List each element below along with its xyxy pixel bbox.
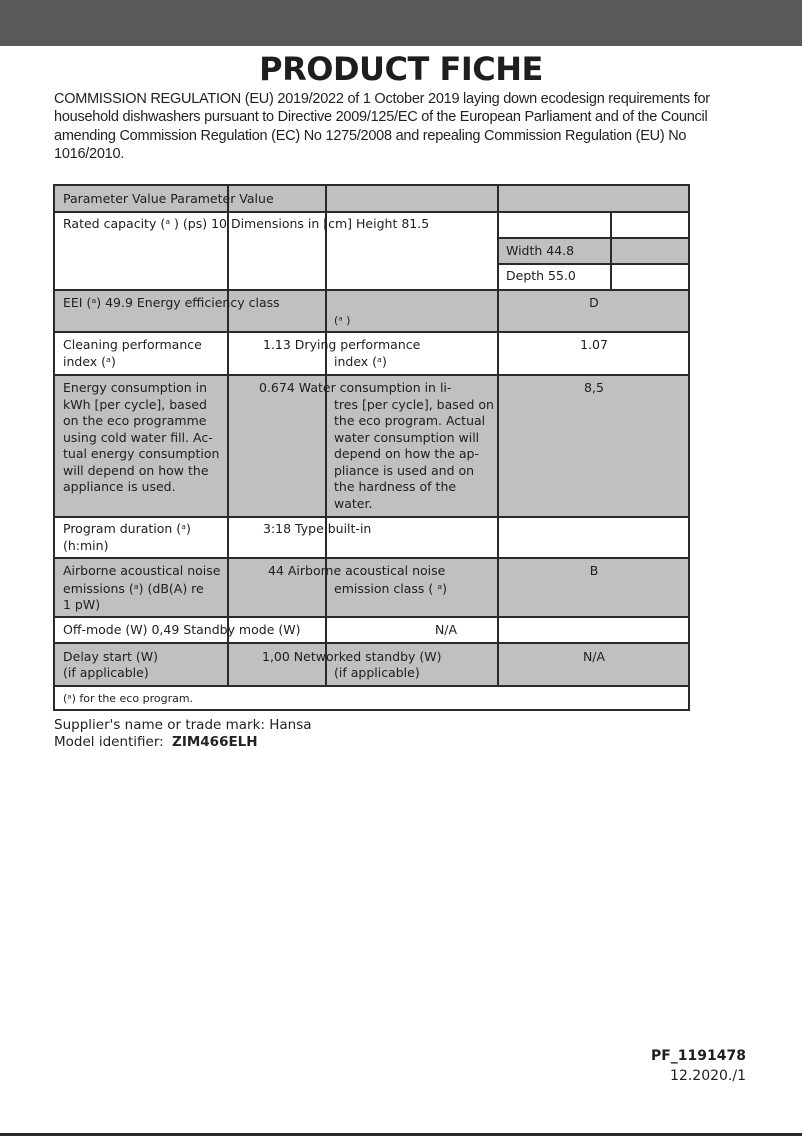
duration-label-2: (h:min) [63,538,108,555]
table-header: Parameter Value Parameter Value [63,191,274,208]
model-value: ZIM466ELH [172,734,258,750]
water-label-line: depend on how the ap- [334,446,479,463]
energy-label-line: using cold water fill. Ac- [63,430,213,447]
eei-footnote-mark: (ᵃ ) [334,313,350,330]
standby-value: N/A [326,622,566,639]
noise-label-line: emissions (ᵃ) (dB(A) re [63,581,204,598]
noise-label-line: Airborne acoustical noise [63,563,220,580]
row-divider [54,516,690,518]
row-divider [54,557,690,559]
width-text: Width 44.8 [506,243,574,260]
document-date: 12.2020./1 [670,1068,746,1084]
regulation-intro: COMMISSION REGULATION (EU) 2019/2022 of … [54,90,754,163]
energy-class-value: D [498,295,690,312]
energy-label-line: will depend on how the [63,463,209,480]
energy-label-line: on the eco programme [63,413,206,430]
table-border-bottom [54,709,690,711]
water-value: 8,5 [498,380,690,397]
row-divider [54,289,690,291]
drying-value: 1.07 [498,337,690,354]
row-divider [54,331,690,333]
water-label-line: water consumption will [334,430,479,447]
table-border-right [688,184,690,711]
top-banner [0,0,802,46]
delay-label-2: (if applicable) [63,665,149,682]
energy-value: 0.674 Water consumption in li- [259,380,451,397]
supplier-name: Supplier's name or trade mark: Hansa [54,717,312,734]
water-label-line: tres [per cycle], based on [334,397,494,414]
delay-value: 1,00 Networked standby (W) [262,649,442,666]
table-border-left [53,184,55,711]
networked-value: N/A [498,649,690,666]
offmode-text: Off-mode (W) 0,49 Standby mode (W) [63,622,300,639]
row-divider [54,685,690,687]
document-code: PF_1191478 [651,1048,746,1064]
eei-text: EEI (ᵃ) 49.9 Energy efficiency class [63,295,280,312]
water-label-line: the hardness of the [334,479,456,496]
row-divider [54,642,690,644]
water-label-line: the eco program. Actual [334,413,485,430]
column-divider [497,184,499,686]
delay-label: Delay start (W) [63,649,158,666]
energy-label-line: appliance is used. [63,479,176,496]
column-divider [325,184,327,686]
row-divider [54,211,690,213]
cleaning-label-2: index (ᵃ) [63,354,116,371]
page-title: PRODUCT FICHE [0,50,802,88]
column-divider [227,184,229,686]
cleaning-value: 1.13 Drying performance [263,337,420,354]
row-divider [498,237,690,239]
noise-value: 44 Airborne acoustical noise [268,563,445,580]
table-border-top [54,184,690,186]
row-divider [54,374,690,376]
duration-value: 3:18 Type built-in [263,521,371,538]
noise-label-line: 1 pW) [63,597,100,614]
row-divider [498,263,690,265]
water-label-line: water. [334,496,372,513]
supplier-info: Supplier's name or trade mark: Hansa Mod… [54,717,312,751]
depth-text: Depth 55.0 [506,268,576,285]
drying-label-2: index (ᵃ) [334,354,387,371]
water-label-line: pliance is used and on [334,463,474,480]
model-identifier: Model identifier: ZIM466ELH [54,734,312,751]
duration-label: Program duration (ᵃ) [63,521,191,538]
networked-label-2: (if applicable) [334,665,420,682]
model-label: Model identifier: [54,734,164,750]
noise-class-value: B [498,563,690,580]
noise-class-label: emission class ( ᵃ) [334,581,447,598]
energy-label-line: kWh [per cycle], based [63,397,207,414]
column-divider [610,211,612,290]
table-footnote: (ᵃ) for the eco program. [63,691,193,708]
cleaning-label: Cleaning performance [63,337,202,354]
energy-label-line: Energy consumption in [63,380,207,397]
rated-capacity-text: Rated capacity (ᵃ ) (ps) 10 Dimensions i… [63,216,429,233]
energy-label-line: tual energy consumption [63,446,219,463]
row-divider [54,616,690,618]
